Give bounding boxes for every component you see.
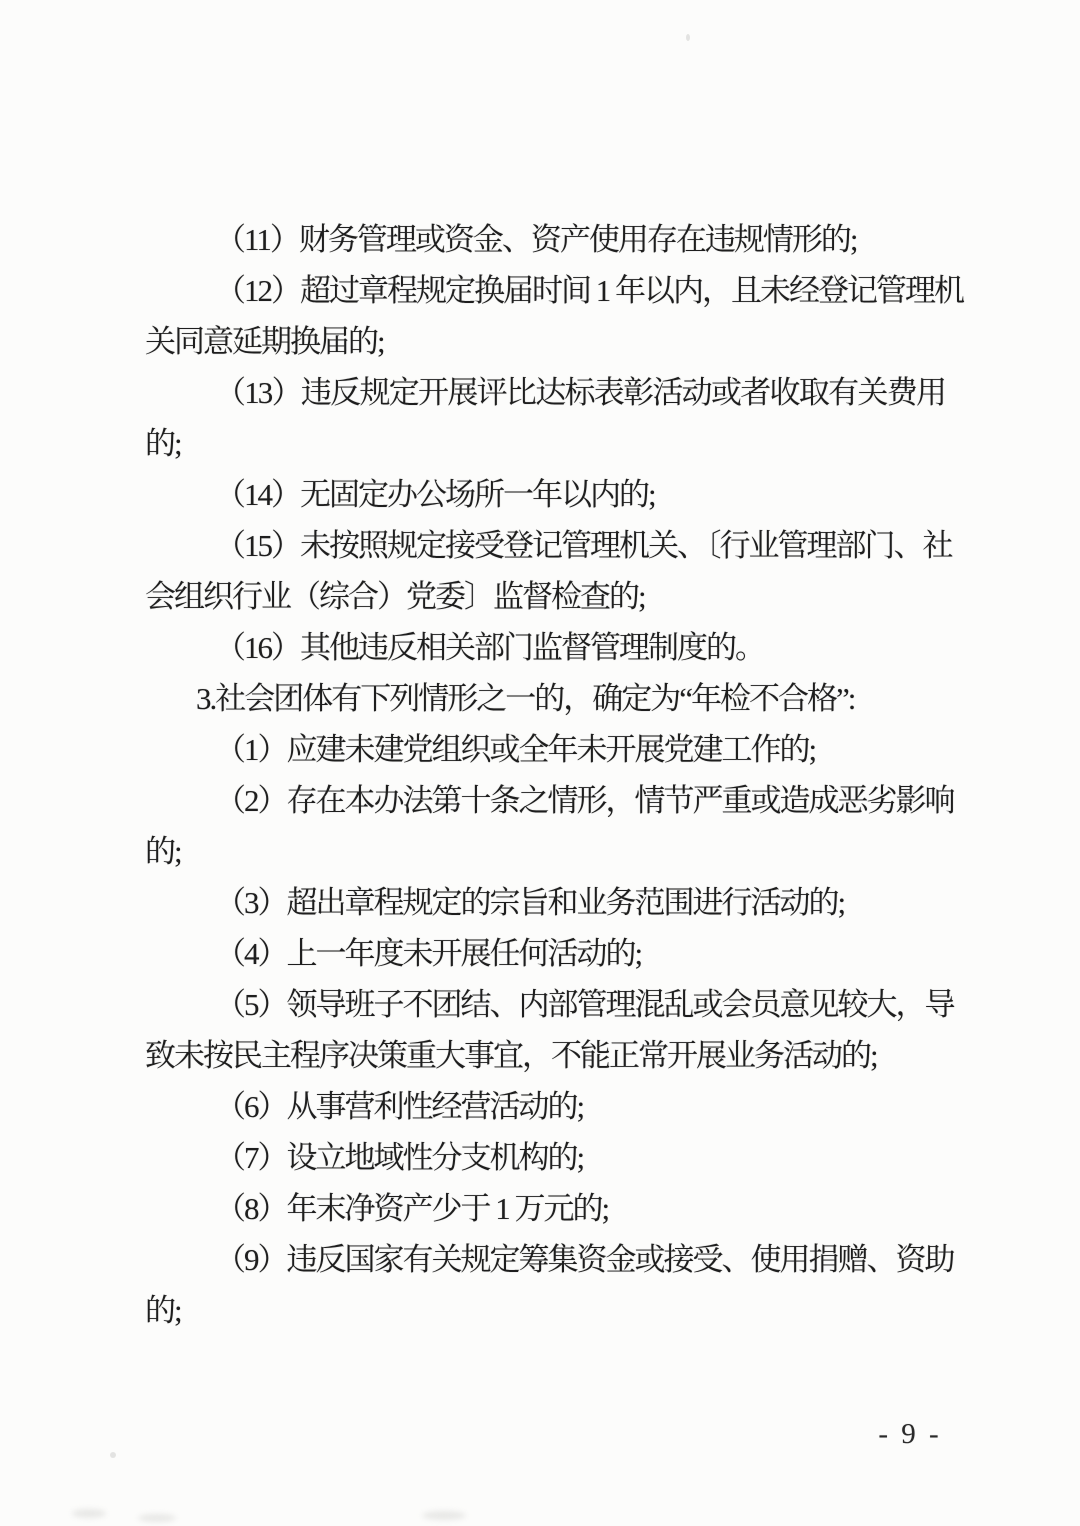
document-line: 的;	[145, 1285, 945, 1336]
document-line: 关同意延期换届的;	[145, 316, 945, 367]
document-line: （1）应建未建党组织或全年未开展党建工作的;	[145, 724, 945, 775]
document-line: （15）未按照规定接受登记管理机关、〔行业管理部门、社	[145, 520, 945, 571]
document-line: （9）违反国家有关规定筹集资金或接受、使用捐赠、资助	[145, 1234, 945, 1285]
document-line: （6）从事营利性经营活动的;	[145, 1081, 945, 1132]
document-line: 致未按民主程序决策重大事宜，不能正常开展业务活动的;	[145, 1030, 945, 1081]
document-line: （8）年末净资产少于 1 万元的;	[145, 1183, 945, 1234]
page-number: - 9 -	[845, 1409, 975, 1460]
document-line: （14）无固定办公场所一年以内的;	[145, 469, 945, 520]
document-line: （11）财务管理或资金、资产使用存在违规情形的;	[145, 214, 945, 265]
document-line: （4）上一年度未开展任何活动的;	[145, 928, 945, 979]
scan-speck	[686, 34, 690, 41]
document-line: （2）存在本办法第十条之情形，情节严重或造成恶劣影响	[145, 775, 945, 826]
scan-smudge	[422, 1511, 466, 1520]
document-line: （13）违反规定开展评比达标表彰活动或者收取有关费用	[145, 367, 945, 418]
document-line: 的;	[145, 418, 945, 469]
document-line: 的;	[145, 826, 945, 877]
document-line: （7）设立地域性分支机构的;	[145, 1132, 945, 1183]
document-line: （5）领导班子不团结、内部管理混乱或会员意见较大，导	[145, 979, 945, 1030]
scan-speck	[110, 1452, 116, 1458]
document-line: （3）超出章程规定的宗旨和业务范围进行活动的;	[145, 877, 945, 928]
scan-smudge	[138, 1514, 176, 1522]
document-line: 会组织行业（综合）党委〕监督检查的;	[145, 571, 945, 622]
scanned-document-page: （11）财务管理或资金、资产使用存在违规情形的; （12）超过章程规定换届时间 …	[0, 0, 1080, 1526]
document-line: （16）其他违反相关部门监督管理制度的。	[145, 622, 945, 673]
document-line: （12）超过章程规定换届时间 1 年以内，且未经登记管理机	[145, 265, 945, 316]
document-line-section-heading: 3.社会团体有下列情形之一的，确定为“年检不合格”:	[145, 673, 945, 724]
document-text-block: （11）财务管理或资金、资产使用存在违规情形的; （12）超过章程规定换届时间 …	[145, 214, 945, 1336]
scan-smudge	[72, 1509, 106, 1518]
